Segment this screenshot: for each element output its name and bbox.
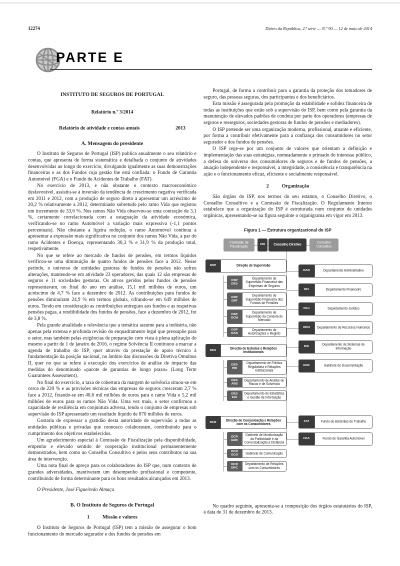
org-node: FATFundo de Acidentes de Trabalho (299, 415, 373, 428)
banner-rule (50, 69, 372, 70)
org-tag: DCR (206, 416, 221, 429)
org-tag: FGA (299, 432, 315, 445)
org-group-estudos: DES Direção de Estudos e Relações Instit… (206, 344, 287, 401)
paragraph: Portugal, de forma a contribuir para a g… (204, 88, 373, 101)
org-node-conselho-diretivo: Conselho Diretivo (269, 238, 307, 251)
org-chart: Comissão de Fiscalização CDI Conselho Di… (204, 238, 373, 500)
org-node: DSP DCMDepartamento de Supervisão da Con… (227, 310, 287, 324)
org-node: Direção de Supervisão (221, 259, 287, 272)
paragraph: São órgãos do ISP, nos termos do seu est… (204, 194, 373, 219)
org-node: DSP DSFDepartamento de Supervisão Financ… (227, 293, 287, 307)
org-tag: DES ARS (227, 377, 242, 387)
paragraph: Pela grande atualidade e relevância que … (28, 323, 197, 380)
org-chart-directions: DSP Direção de Supervisão DSP DESDeparta… (206, 259, 287, 478)
org-tag: DRH (299, 321, 315, 334)
subsection-2-heading: 2 Organização (204, 184, 373, 190)
org-node: Direção de Comunicação e Relações com os… (221, 416, 287, 429)
edition-line: Diário da República, 2.ª série — N.º 90 … (265, 26, 372, 31)
subsection-1-title: Missão e valores (103, 515, 138, 521)
report-title-row: Relatório de atividade e contas anuais 2… (28, 126, 197, 132)
org-tag: DCR DRC (227, 461, 242, 471)
issuer-title: INSTITUTO DE SEGUROS DE PORTUGAL (28, 92, 197, 98)
org-node: DADDepartamento Administrativo (299, 264, 373, 277)
closing-paragraph: No quadro seguinte, apresenta-se a compo… (204, 503, 373, 516)
paragraph: O ISP pretende ser uma organização moder… (204, 127, 373, 146)
org-tag: DES PRI (227, 360, 242, 374)
paragraph: No final do exercício, a taxa de cobertu… (28, 380, 197, 418)
org-tag: FAT (299, 415, 315, 428)
report-title: Relatório de atividade e contas anuais (59, 126, 140, 132)
paragraph: Gostaria de expressar a gratidão desta a… (28, 418, 197, 437)
org-tag: GDC (299, 359, 315, 372)
left-column: INSTITUTO DE SEGUROS DE PORTUGAL Relatór… (28, 88, 197, 538)
paragraph: Uma nota final de apreço para os colabor… (28, 463, 197, 482)
paragraph: Esta missão é assegurada pela promoção d… (204, 101, 373, 126)
org-tag: DCR GMC (227, 432, 242, 446)
president-message: O Instituto de Seguros de Portugal (ISP)… (28, 151, 197, 482)
org-node: DCR GMCGabinete de Monitorização da Publ… (227, 432, 287, 446)
figure-caption: Figura 1 — Estrutura organizacional do I… (204, 227, 373, 233)
org-node: DSIDepartamento de Sistemas de Informaçã… (299, 340, 373, 353)
document-body: INSTITUTO DE SEGUROS DE PORTUGAL Relatór… (28, 88, 372, 538)
org-node: DRHDepartamento de Recursos Humanos (299, 321, 373, 334)
paragraph: O Instituto de Seguros de Portugal (ISP)… (28, 525, 197, 538)
org-tag: DAJ (299, 302, 315, 315)
page-edge-line (0, 3, 400, 4)
org-node: DSP DARDepartamento de Autorizações e Re… (227, 327, 287, 337)
gazette-page: 12274 Diário da República, 2.ª série — N… (0, 0, 400, 566)
org-tag: DSI (299, 340, 315, 353)
org-tag: DCR GCO (227, 449, 242, 458)
subsection-1-number: 1 (87, 515, 90, 521)
section-a-heading: A. Mensagem do presidente (28, 141, 197, 147)
org-node: DCR GCOGabinete de Comunicação (227, 449, 287, 458)
running-head: 12274 Diário da República, 2.ª série — N… (28, 26, 372, 32)
org-tag: DSP DAR (227, 327, 242, 337)
right-column: Portugal, de forma a contribuir para a g… (204, 88, 373, 538)
org-node: DES PRIDepartamento de Política Regulató… (227, 360, 287, 374)
org-tag: DSP DCM (227, 310, 242, 324)
paragraph: Um agradecimento especial à Comissão de … (28, 438, 197, 463)
paragraph: O ISP rege-se por um conjunto de valores… (204, 146, 373, 177)
org-tag: DSP DSF (227, 293, 242, 307)
org-node: FGAFundo de Garantia Automóvel (299, 432, 373, 445)
subsection-2-title: Organização (282, 184, 309, 190)
org-tag: DES EGI (227, 391, 242, 401)
part-label: PARTE E (56, 50, 124, 66)
org-tag: DFI (299, 283, 315, 296)
org-chart-departments: DADDepartamento AdministrativoDFIDeparta… (299, 264, 373, 378)
org-node: DFIDepartamento Financeiro (299, 283, 373, 296)
section-b-heading: B. O Instituto de Seguros de Portugal (28, 502, 197, 508)
org-node: DES ARSDepartamento de Análise de Riscos… (227, 377, 287, 387)
org-tag-cdi: CDI (258, 238, 268, 251)
subsection-1-heading: 1 Missão e valores (28, 515, 197, 521)
org-chart-funds: FATFundo de Acidentes de TrabalhoFGAFund… (299, 415, 373, 449)
report-year: 2013 (176, 126, 186, 132)
paragraph: No que se refere ao mercado de fundos de… (28, 253, 197, 322)
org-node: GDCGabinete de Documentação (299, 359, 373, 372)
parte-banner: PARTE E (28, 46, 372, 74)
org-tag: DES (206, 344, 221, 357)
org-node: DAJDepartamento Jurídico (299, 302, 373, 315)
org-tag: DSP (206, 259, 221, 272)
org-group-comunicacao: DCR Direção de Comunicação e Relações co… (206, 416, 287, 472)
org-node: DES EGIDepartamento de Estatística e Ges… (227, 391, 287, 401)
org-node: Direção de Estudos e Relações Institucio… (221, 344, 287, 357)
subsection-2-number: 2 (266, 184, 269, 190)
org-node: DSP DESDepartamento de Supervisão Financ… (227, 275, 287, 289)
org-tag: DSP DES (227, 275, 242, 289)
page-number: 12274 (28, 27, 40, 32)
signature-line: O Presidente, José Figueiredo Almaça (37, 487, 197, 493)
org-group-supervisao: DSP Direção de Supervisão DSP DESDeparta… (206, 259, 287, 337)
paragraph: No exercício de 2013, e não obstante o c… (28, 183, 197, 252)
org-node-comissao-fiscalizacao: Comissão de Fiscalização (224, 238, 255, 251)
org-tag: DAD (299, 264, 315, 277)
org-node-conselho-consultivo: Conselho Consultivo (310, 238, 339, 251)
report-number: Relatório n.º 3/2014 (28, 109, 197, 115)
org-node: DCR DRCDepartamento de Relações com os C… (227, 461, 287, 471)
org-chart-trunk-line (287, 251, 288, 439)
paragraph: O Instituto de Seguros de Portugal (ISP)… (28, 151, 197, 182)
mission-paragraphs: Portugal, de forma a contribuir para a g… (204, 88, 373, 178)
